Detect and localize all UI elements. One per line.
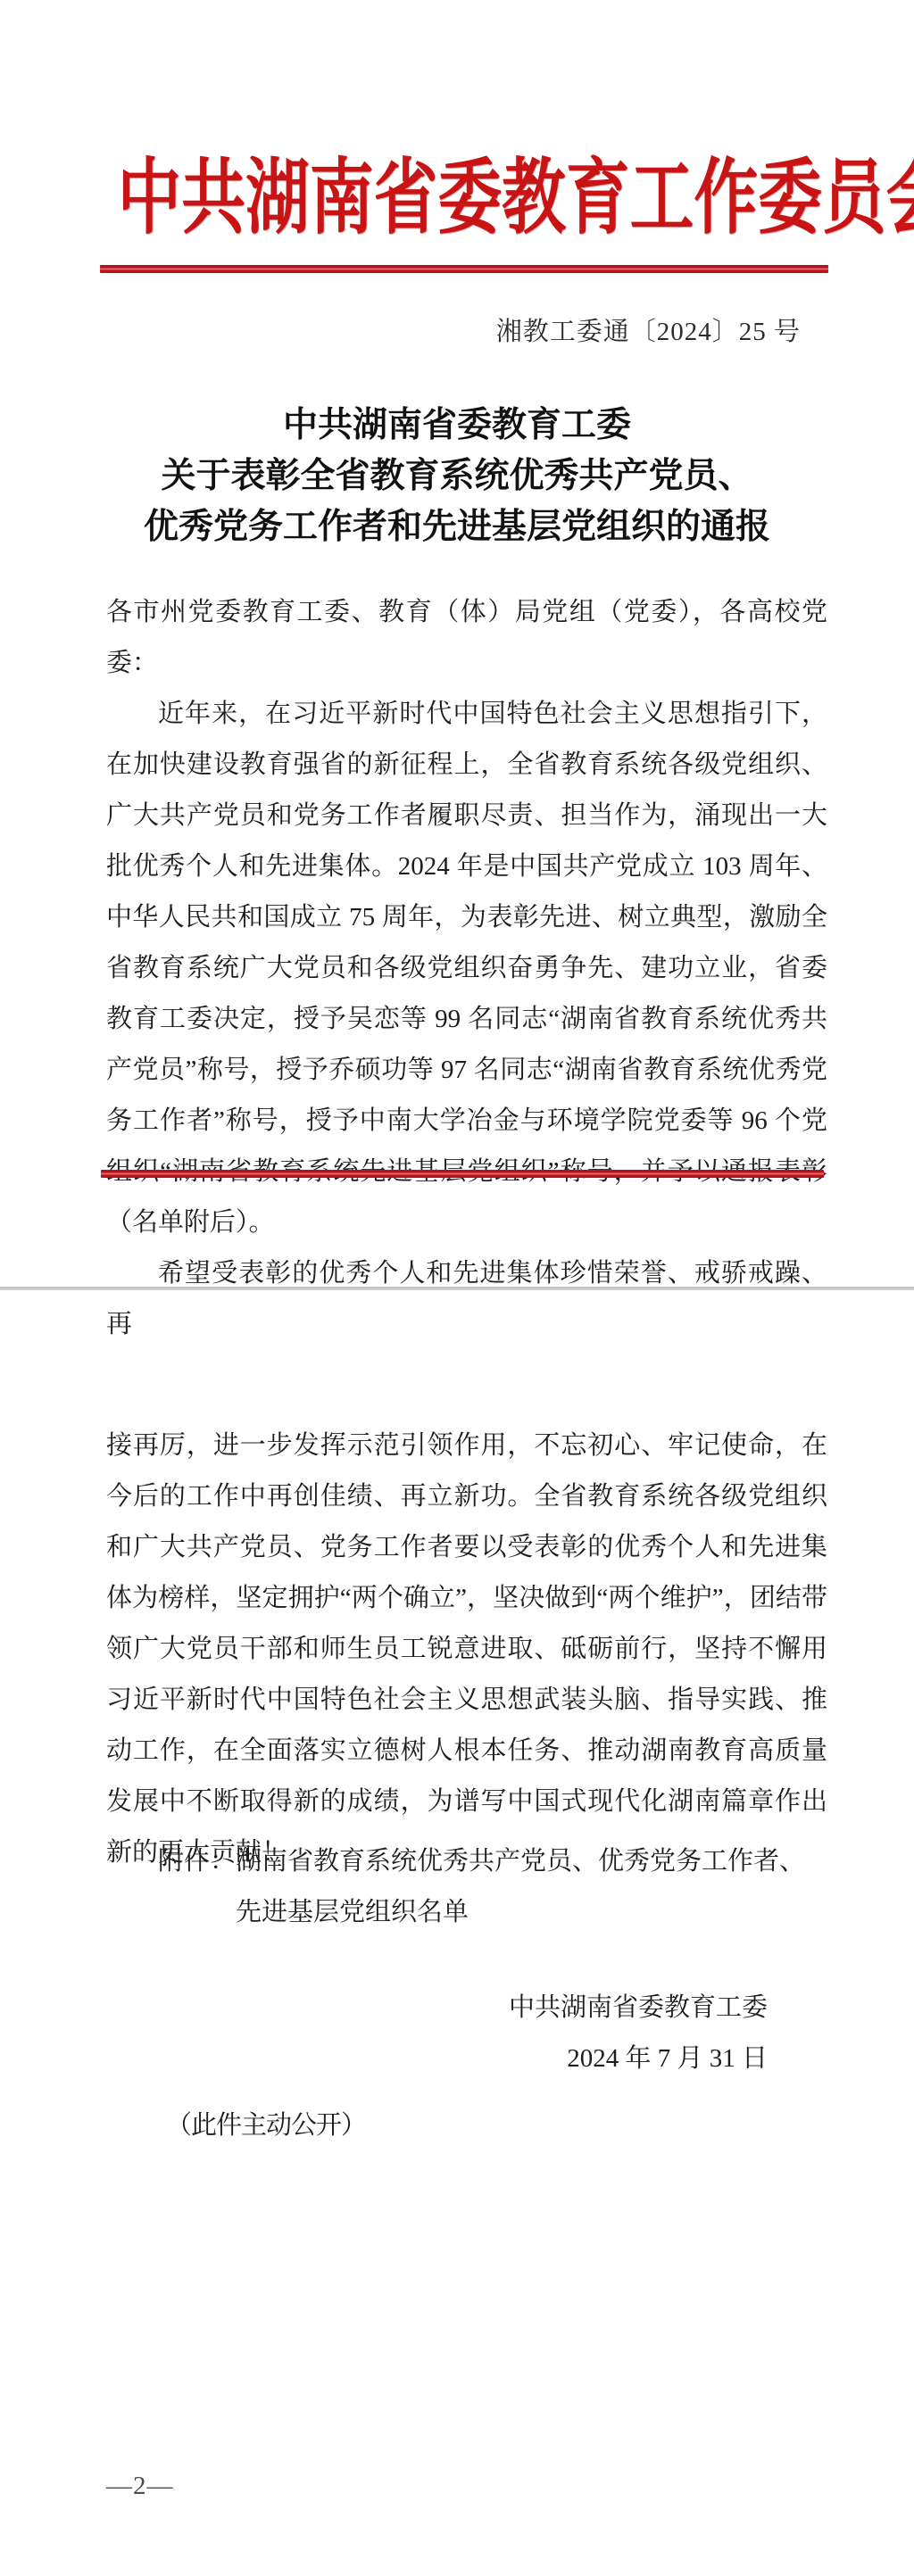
- page-number: —2—: [106, 2473, 174, 2499]
- document-title-line-3: 优秀党务工作者和先进基层党组织的通报: [0, 501, 914, 552]
- page1-bottom-red-rule: [101, 1170, 824, 1178]
- document-title-line-1: 中共湖南省委教育工委: [0, 400, 914, 451]
- body-page-1: 各市州党委教育工委、教育（体）局党组（党委），各高校党委： 近年来，在习近平新时…: [106, 587, 827, 1350]
- letterhead-red-rule: [100, 265, 828, 273]
- letterhead-title: 中共湖南省委教育工作委员会: [0, 155, 914, 244]
- letterhead-title-text: 中共湖南省委教育工作委员会: [118, 155, 914, 241]
- document-title: 中共湖南省委教育工委 关于表彰全省教育系统优秀共产党员、 优秀党务工作者和先进基…: [0, 400, 914, 552]
- document-title-line-2: 关于表彰全省教育系统优秀共产党员、: [0, 451, 914, 501]
- signature-date: 2024 年 7 月 31 日: [0, 2033, 768, 2084]
- signer-name: 中共湖南省委教育工委: [0, 1983, 768, 2033]
- signature-block: 中共湖南省委教育工委 2024 年 7 月 31 日: [0, 1983, 914, 2084]
- body-paragraph-2-continuation: 接再厉，进一步发挥示范引领作用，不忘初心、牢记使命，在今后的工作中再创佳绩、再立…: [106, 1421, 827, 1878]
- body-page-2: 接再厉，进一步发挥示范引领作用，不忘初心、牢记使命，在今后的工作中再创佳绩、再立…: [106, 1421, 827, 1878]
- scanned-official-document: 中共湖南省委教育工作委员会 湘教工委通〔2024〕25 号 中共湖南省委教育工委…: [0, 0, 914, 2576]
- page-break-divider: [0, 1287, 914, 1290]
- attachment-reference: 附件：湖南省教育系统优秀共产党员、优秀党务工作者、先进基层党组织名单: [106, 1836, 827, 1938]
- disclosure-note: （此件主动公开）: [166, 2113, 366, 2139]
- salutation-line: 各市州党委教育工委、教育（体）局党组（党委），各高校党委：: [106, 587, 827, 689]
- document-number: 湘教工委通〔2024〕25 号: [0, 314, 914, 350]
- body-paragraph-1: 近年来，在习近平新时代中国特色社会主义思想指引下，在加快建设教育强省的新征程上，…: [106, 689, 827, 1248]
- body-paragraph-2-partial: 希望受表彰的优秀个人和先进集体珍惜荣誉、戒骄戒躁、再: [106, 1248, 827, 1350]
